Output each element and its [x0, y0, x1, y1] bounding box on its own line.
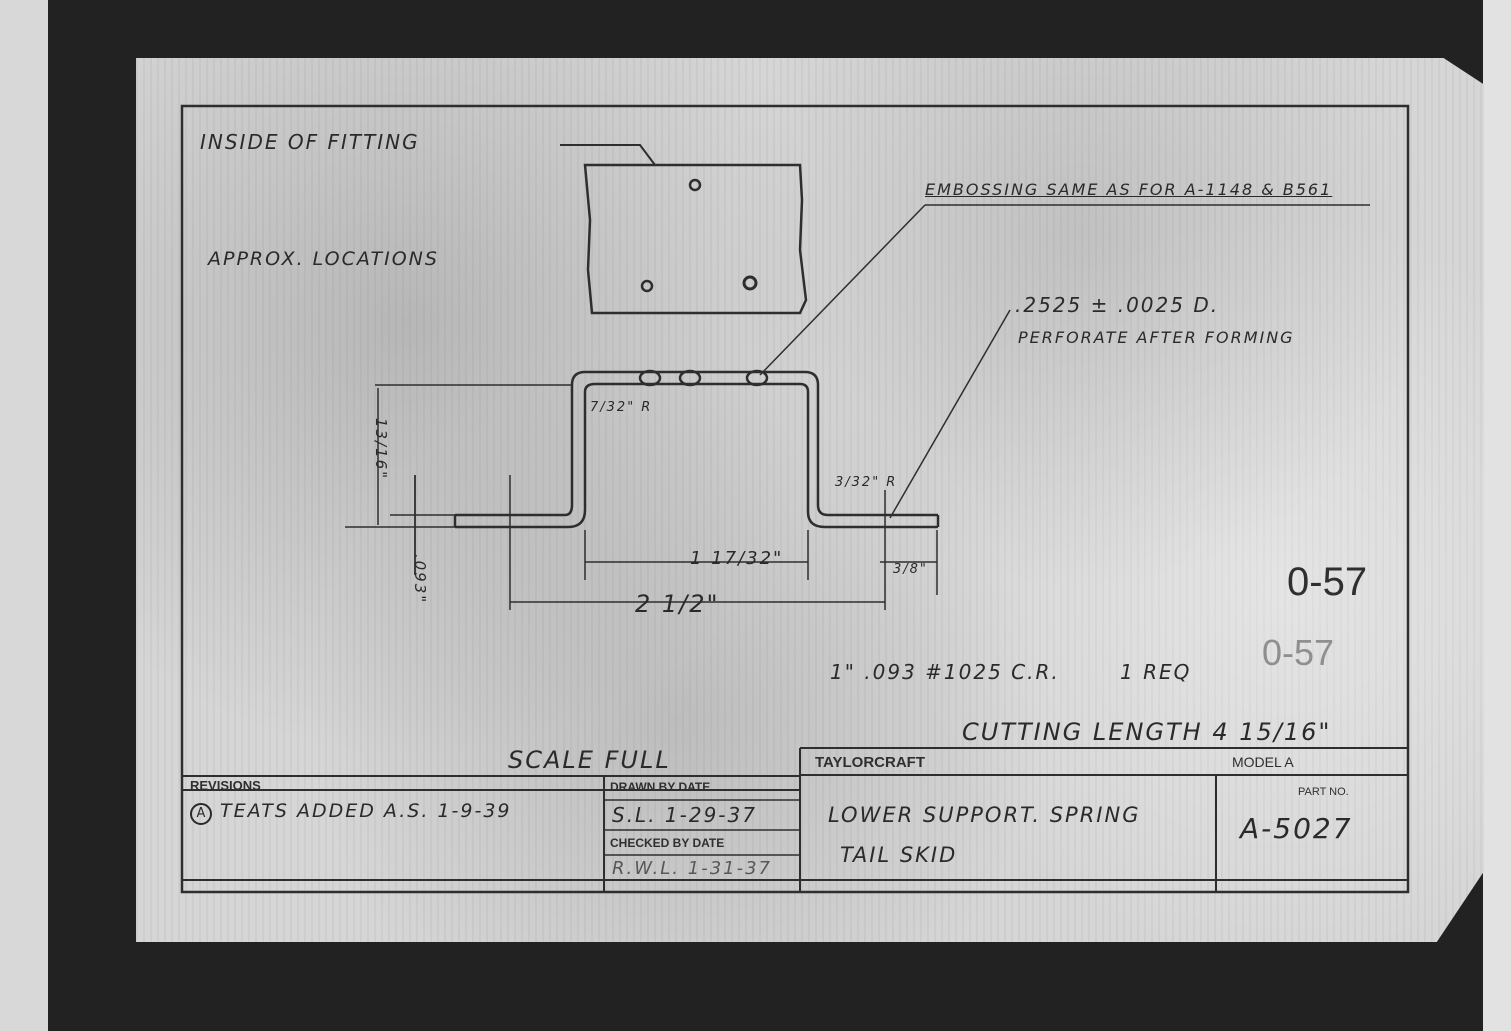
note-embossing: EMBOSSING SAME AS FOR A-1148 & B561: [925, 180, 1332, 199]
quantity: 1 REQ: [1120, 660, 1191, 684]
checked-by-value: R.W.L. 1-31-37: [612, 858, 772, 879]
cutting-length: CUTTING LENGTH 4 15/16": [962, 718, 1331, 746]
note-approx-locations: APPROX. LOCATIONS: [208, 248, 439, 270]
dim-overall-width: 2 1/2": [635, 590, 720, 618]
title-line-1: LOWER SUPPORT. SPRING: [828, 803, 1140, 827]
revision-mark: A: [190, 803, 212, 825]
dim-inner-width: 1 17/32": [690, 548, 783, 569]
part-number: A-5027: [1240, 812, 1353, 845]
model-label: MODEL A: [1232, 754, 1294, 770]
fitting-top-view: [585, 165, 806, 313]
drawn-by-label: DRAWN BY DATE: [610, 780, 710, 794]
company-name: TAYLORCRAFT: [815, 754, 925, 771]
revisions-header: REVISIONS: [190, 778, 261, 793]
scale: SCALE FULL: [508, 746, 671, 774]
checked-by-label: CHECKED BY DATE: [610, 836, 724, 850]
part-no-label: PART NO.: [1298, 786, 1349, 798]
material-spec: 1" .093 #1025 C.R.: [830, 660, 1060, 684]
note-hole-diameter: .2525 ± .0025 D.: [1015, 293, 1219, 317]
dim-inner-radius: 7/32" R: [590, 400, 652, 415]
frame-number-faded: 0-57: [1262, 632, 1334, 674]
note-perforate: PERFORATE AFTER FORMING: [1018, 328, 1295, 347]
dim-outer-radius: 3/32" R: [835, 475, 897, 490]
title-line-2: TAIL SKID: [840, 843, 957, 867]
revision-entry: A TEATS ADDED A.S. 1-9-39: [190, 800, 512, 825]
dim-height: 13/16": [372, 418, 390, 480]
drawn-by-value: S.L. 1-29-37: [612, 803, 757, 827]
revision-text: TEATS ADDED A.S. 1-9-39: [220, 800, 511, 822]
dim-thickness: .093": [411, 554, 429, 604]
frame-number-stamp: 0-57: [1287, 560, 1367, 605]
note-inside-of-fitting: INSIDE OF FITTING: [200, 130, 420, 154]
dim-flange-offset: 3/8": [893, 562, 928, 577]
